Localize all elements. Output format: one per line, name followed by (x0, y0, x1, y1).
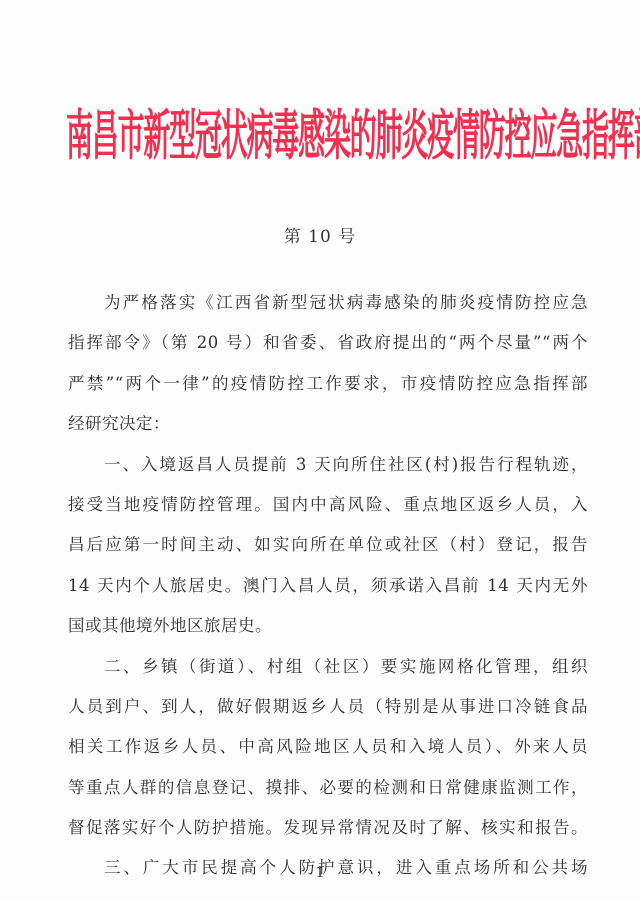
body-line: 14 天内个人旅居史。澳门入昌人员，须承诺入昌前 14 天内无外 (68, 570, 588, 610)
body-line: 等重点人群的信息登记、摸排、必要的检测和日常健康监测工作， (68, 772, 588, 812)
body-line: 为严格落实《江西省新型冠状病毒感染的肺炎疫情防控应急 (68, 287, 588, 327)
document-number: 第 10 号 (0, 222, 640, 247)
document-page: 南昌市新型冠状病毒感染的肺炎疫情防控应急指挥部令 第 10 号 为严格落实《江西… (0, 0, 640, 901)
body-line: 督促落实好个人防护措施。发现异常情况及时了解、核实和报告。 (68, 812, 588, 852)
body-line: 昌后应第一时间主动、如实向所在单位或社区（村）登记，报告 (68, 529, 588, 569)
body-line: 严禁”“两个一律”的疫情防控工作要求，市疫情防控应急指挥部 (68, 368, 588, 408)
body-line: 人员到户、到人，做好假期返乡人员（特别是从事进口冷链食品 (68, 691, 588, 731)
document-body: 为严格落实《江西省新型冠状病毒感染的肺炎疫情防控应急 指挥部令》（第 20 号）… (68, 287, 588, 893)
body-line: 二、乡镇（街道）、村组（社区）要实施网格化管理，组织 (68, 651, 588, 691)
body-line: 相关工作返乡人员、中高风险地区人员和入境人员）、外来人员 (68, 731, 588, 771)
body-line: 经研究决定： (68, 408, 588, 448)
body-line: 国或其他境外地区旅居史。 (68, 610, 588, 650)
page-number: 1 (0, 863, 640, 881)
body-line: 接受当地疫情防控管理。国内中高风险、重点地区返乡人员，入 (68, 489, 588, 529)
body-line: 一、入境返昌人员提前 3 天向所住社区(村)报告行程轨迹， (68, 449, 588, 489)
body-line: 指挥部令》（第 20 号）和省委、省政府提出的“两个尽量”“两个 (68, 327, 588, 367)
document-title: 南昌市新型冠状病毒感染的肺炎疫情防控应急指挥部令 (66, 58, 586, 218)
